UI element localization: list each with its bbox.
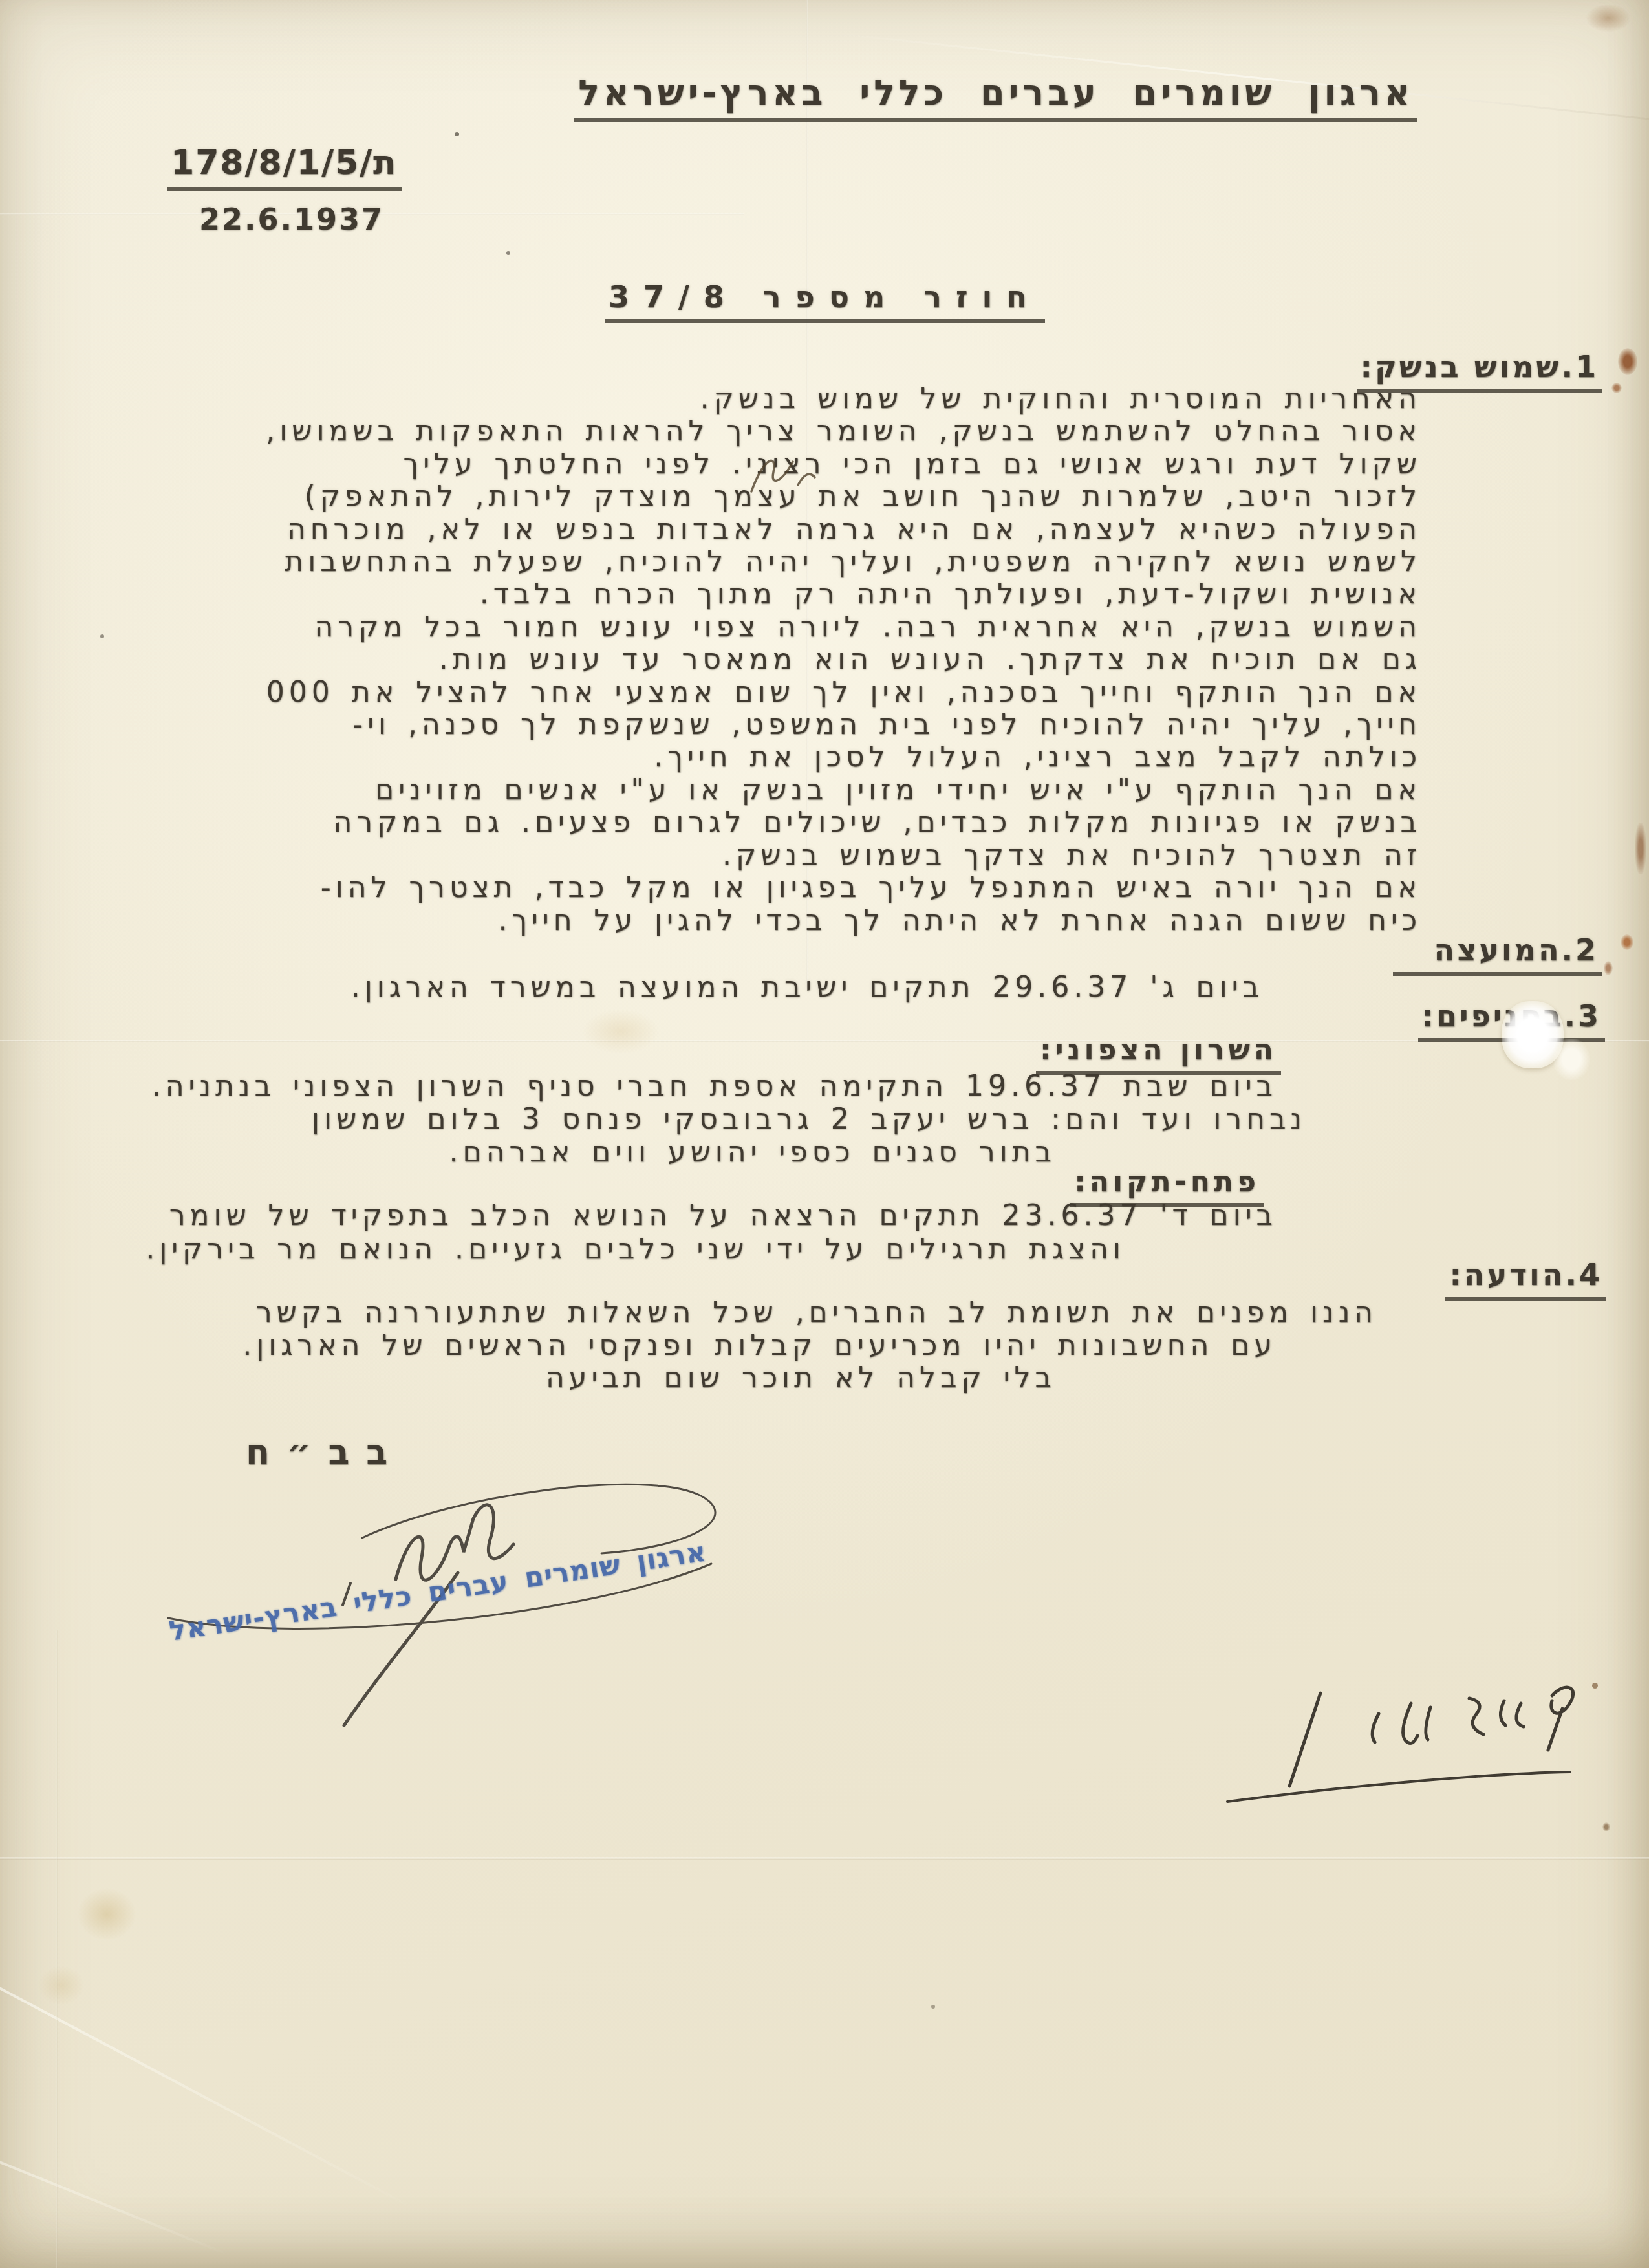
paper-crease-vertical <box>56 1630 58 2268</box>
section4-line: עם החשבונות יהיו מכריעים קבלות ופנקסי הר… <box>242 1330 1277 1362</box>
section-heading-2: 2.המועצה <box>1393 933 1602 976</box>
section3-line: נבחרו ועד והם: ברש יעקב 2 גרבובסקי פנחס … <box>312 1103 1306 1136</box>
org-header: ארגון שומרים עברים כללי בארץ-ישראל <box>574 72 1417 122</box>
reference-number: 178/8/1/5/ת <box>167 144 402 191</box>
body-line: אם הנך הותקף ע"י איש יחידי מזוין בנשק או… <box>266 774 1421 806</box>
yellow-stain <box>582 1009 660 1054</box>
subsection-heading-sharon: השרון הצפוני: <box>1036 1033 1281 1075</box>
rust-stain <box>1611 383 1622 393</box>
section3-line: ביום שבת 19.6.37 התקימה אספת חברי סניף ה… <box>152 1070 1277 1103</box>
section2-line: ביום ג' 29.6.37 תתקים ישיבת המועצה במשרד… <box>351 971 1264 1004</box>
rust-stain <box>1618 348 1637 375</box>
body-line: לשמש נושא לחקירה משפטית, ועליך יהיה להוכ… <box>266 546 1421 578</box>
body-line: כיח ששום הגנה אחרת לא היתה לך בכדי להגין… <box>266 905 1421 937</box>
body-line: שקול דעת ורגש אנושי גם בזמן הכי רציני. ל… <box>266 448 1421 481</box>
body-line: אנושית ושקול-דעת, ופעולתך היתה רק מתוך ה… <box>266 578 1421 610</box>
body-line: זה תצטרך להוכיח את צדקך בשמוש בנשק. <box>266 839 1421 872</box>
brown-speck <box>1592 1683 1598 1689</box>
section-heading-3: 3.בסניפים: <box>1418 999 1605 1042</box>
brown-speck <box>1602 1822 1610 1831</box>
body-line: גם אם תוכיח את צדקתך. העונש הוא ממאסר עד… <box>266 643 1421 676</box>
body-line: האחריות המוסרית והחוקית של שמוש בנשק. <box>266 383 1421 415</box>
body-line: השמוש בנשק, היא אחראית רבה. ליורה צפוי ע… <box>266 611 1421 643</box>
body-line: כולתה לקבל מצב רציני, העלול לסכן את חייך… <box>266 741 1421 773</box>
handwritten-margin-note <box>1216 1669 1591 1817</box>
handwritten-correction <box>744 445 828 510</box>
section4-line: בלי קבלה לא תוכר שום תביעה <box>546 1362 1056 1394</box>
body-line: בנשק או פגיונות מקלות כבדים, שיכולים לגר… <box>266 806 1421 839</box>
rust-smear <box>1635 823 1646 874</box>
yellow-stain <box>39 1966 84 2005</box>
body-line: הפעולה כשהיא לעצמה, אם היא גרמה לאבדות ב… <box>266 513 1421 546</box>
paper-crease-horizontal <box>0 1857 1649 1860</box>
paper-crease-horizontal <box>0 1040 1649 1042</box>
body-line: אם הנך יורה באיש המתנפל עליך בפגיון או מ… <box>266 872 1421 904</box>
corner-stain <box>1586 4 1631 32</box>
section4-line: הננו מפנים את תשומת לב החברים, שכל השאלו… <box>256 1297 1377 1329</box>
ink-speck <box>506 251 510 255</box>
rust-stain <box>1604 961 1613 975</box>
section3-line: והצגת תרגילים על ידי שני כלבים גזעיים. ה… <box>145 1233 1125 1266</box>
body-line: אם הנך הותקף וחייך בסכנה, ואין לך שום אמ… <box>266 676 1421 709</box>
ink-speck <box>455 132 459 136</box>
document-date: 22.6.1937 <box>199 202 384 237</box>
body-line: אסור בהחלט להשתמש בנשק, השומר צריך להראו… <box>266 415 1421 448</box>
paper-crease-diagonal <box>0 1982 418 2212</box>
section3-line: בתור סגנים כספי יהושע ווים אברהם. <box>449 1136 1056 1169</box>
paper-crease-diagonal <box>0 2144 229 2256</box>
rust-stain <box>1621 934 1633 950</box>
ink-speck <box>100 634 104 638</box>
body-line: חייך, עליך יהיה להוכיח לפני בית המשפט, ש… <box>266 709 1421 741</box>
yellow-stain <box>78 1888 136 1940</box>
circular-title: חוזר מספר 37/8 <box>605 279 1045 323</box>
section1-body: האחריות המוסרית והחוקית של שמוש בנשק. אס… <box>266 383 1421 937</box>
ink-speck <box>931 2005 935 2009</box>
paper-damage-patch <box>1553 1039 1590 1080</box>
section3-line: ביום ד' 23.6.37 תתקים הרצאה על הנושא הכל… <box>169 1200 1277 1232</box>
section-heading-4: 4.הודעה: <box>1445 1257 1606 1301</box>
body-line: לזכור היטב, שלמרות שהנך חושב את עצמך מוצ… <box>266 481 1421 513</box>
